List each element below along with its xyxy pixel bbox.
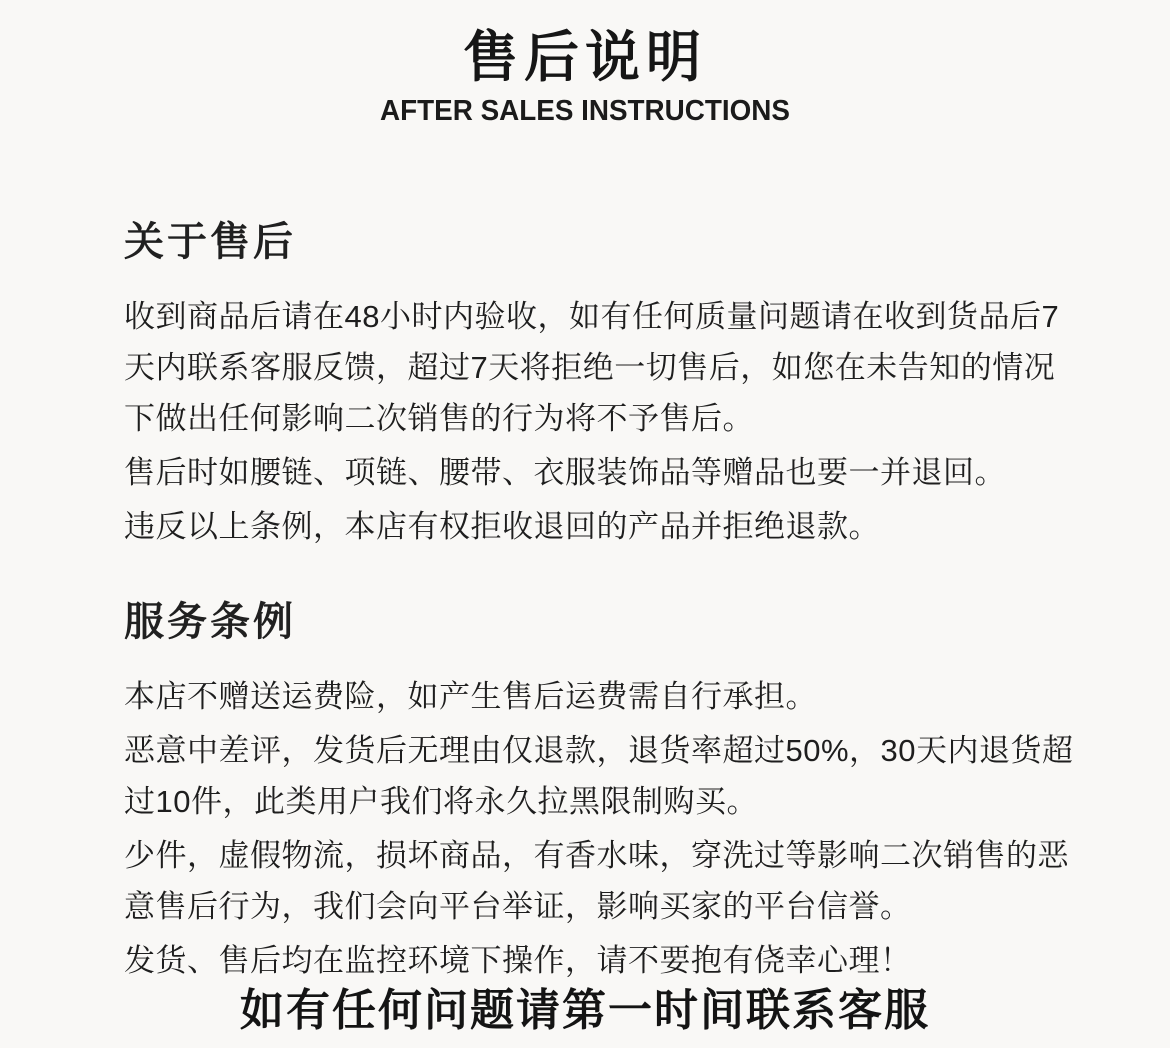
after-sales-instructions-page: 售后说明 AFTER SALES INSTRUCTIONS 关于售后 收到商品后… [0,0,1170,1048]
page-subtitle: AFTER SALES INSTRUCTIONS [23,95,1146,128]
paragraph: 收到商品后请在48小时内验收，如有任何质量问题请在收到货品后7天内联系客服反馈，… [124,291,1082,444]
section-about-after-sales: 关于售后 收到商品后请在48小时内验收，如有任何质量问题请在收到货品后7天内联系… [124,210,1082,552]
paragraph: 恶意中差评，发货后无理由仅退款，退货率超过50%，30天内退货超过10件，此类用… [124,725,1082,827]
paragraph: 售后时如腰链、项链、腰带、衣服装饰品等赠品也要一并退回。 [124,447,1082,498]
paragraph: 少件，虚假物流，损坏商品，有香水味，穿洗过等影响二次销售的恶意售后行为，我们会向… [124,830,1082,932]
section-heading: 关于售后 [124,210,1082,267]
section-heading: 服务条例 [124,590,1082,647]
page-content: 关于售后 收到商品后请在48小时内验收，如有任何质量问题请在收到货品后7天内联系… [0,210,1170,986]
page-header: 售后说明 AFTER SALES INSTRUCTIONS [0,0,1170,128]
contact-customer-service-notice: 如有任何问题请第一时间联系客服 [0,974,1170,1038]
page-title: 售后说明 [0,26,1170,89]
paragraph: 违反以上条例，本店有权拒收退回的产品并拒绝退款。 [124,501,1082,552]
paragraph: 本店不赠送运费险，如产生售后运费需自行承担。 [124,671,1082,722]
section-service-rules: 服务条例 本店不赠送运费险，如产生售后运费需自行承担。 恶意中差评，发货后无理由… [124,590,1082,986]
